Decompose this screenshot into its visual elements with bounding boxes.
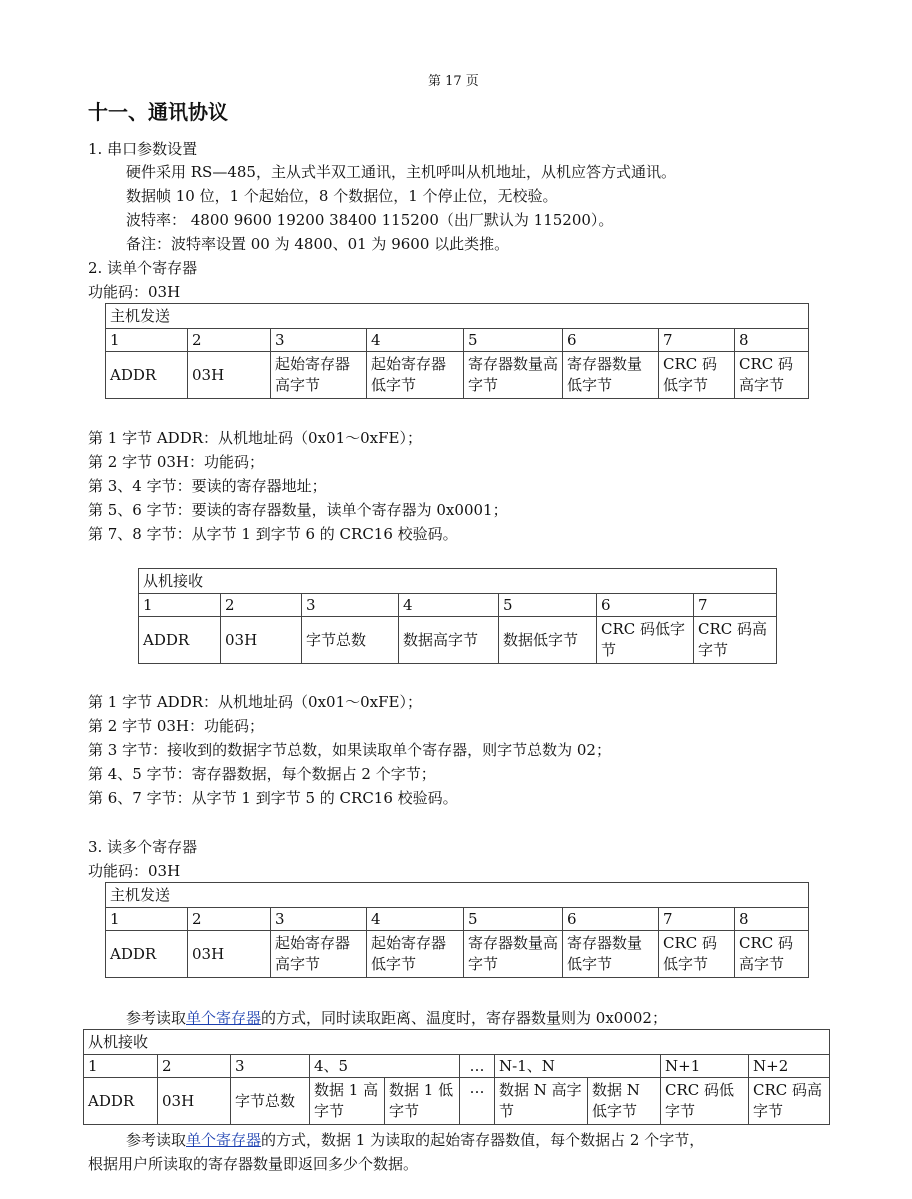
master-note: 第 5、6 字节：要读的寄存器数量，读单个寄存器为 0x0001；	[88, 498, 508, 522]
slave-note: 第 2 字节 03H：功能码；	[88, 714, 264, 738]
section-title: 十一、通讯协议	[88, 96, 228, 125]
byte-number: N-1、N	[495, 1055, 661, 1078]
byte-number: 1	[106, 908, 188, 931]
byte-value: 03H	[158, 1078, 231, 1125]
byte-value: CRC 码低字节	[597, 617, 694, 664]
single-register-link[interactable]: 单个寄存器	[186, 1009, 261, 1027]
byte-value: CRC 码低字节	[661, 1078, 749, 1125]
master-note: 第 1 字节 ADDR：从机地址码（0x01～0xFE）；	[88, 426, 422, 450]
table-caption: 主机发送	[106, 304, 809, 329]
sec3-note1: 参考读取单个寄存器的方式，同时读取距离、温度时，寄存器数量则为 0x0002；	[126, 1006, 667, 1030]
master-note: 第 2 字节 03H：功能码；	[88, 450, 264, 474]
byte-value: 数据 1 低字节	[385, 1078, 460, 1125]
sec3-func-code: 功能码：03H	[88, 859, 180, 883]
byte-number: 6	[597, 594, 694, 617]
byte-number: 7	[659, 329, 735, 352]
byte-number: 6	[563, 329, 659, 352]
byte-value: 字节总数	[302, 617, 399, 664]
table-caption: 主机发送	[106, 883, 809, 908]
byte-number: 5	[464, 329, 563, 352]
byte-value: 数据低字节	[499, 617, 597, 664]
byte-number: 8	[735, 908, 809, 931]
slave-note: 第 3 字节：接收到的数据字节总数，如果读取单个寄存器，则字节总数为 02；	[88, 738, 611, 762]
sec2-func-code: 功能码：03H	[88, 280, 180, 304]
byte-value: 起始寄存器低字节	[367, 931, 464, 978]
byte-value: CRC 码高字节	[749, 1078, 830, 1125]
note-suffix: 的方式，数据 1 为读取的起始寄存器数值，每个数据占 2 个字节，	[261, 1131, 704, 1149]
byte-value: 数据 1 高字节	[310, 1078, 385, 1125]
byte-number: 7	[694, 594, 777, 617]
sec3-note2: 参考读取单个寄存器的方式，数据 1 为读取的起始寄存器数值，每个数据占 2 个字…	[126, 1128, 704, 1152]
single-register-link[interactable]: 单个寄存器	[186, 1131, 261, 1149]
note-prefix: 参考读取	[126, 1131, 186, 1149]
byte-value: ADDR	[84, 1078, 158, 1125]
byte-number: 8	[735, 329, 809, 352]
byte-value: CRC 码低字节	[659, 931, 735, 978]
master-note: 第 3、4 字节：要读的寄存器地址；	[88, 474, 327, 498]
sec1-line: 波特率： 4800 9600 19200 38400 115200（出厂默认为 …	[126, 208, 613, 232]
byte-number: 1	[106, 329, 188, 352]
byte-value: CRC 码低字节	[659, 352, 735, 399]
master-note: 第 7、8 字节：从字节 1 到字节 6 的 CRC16 校验码。	[88, 522, 458, 546]
byte-number: 2	[188, 908, 271, 931]
byte-value: 寄存器数量低字节	[563, 352, 659, 399]
byte-value: 寄存器数量高字节	[464, 352, 563, 399]
byte-value: 字节总数	[231, 1078, 310, 1125]
byte-value: 数据高字节	[399, 617, 499, 664]
slave-note: 第 4、5 字节：寄存器数据，每个数据占 2 个字节；	[88, 762, 436, 786]
byte-value: 03H	[188, 931, 271, 978]
page-number: 第 17 页	[428, 70, 479, 89]
byte-value: 起始寄存器低字节	[367, 352, 464, 399]
byte-number: 2	[221, 594, 302, 617]
byte-number: 3	[271, 329, 367, 352]
table-caption: 从机接收	[84, 1030, 830, 1055]
table-caption: 从机接收	[139, 569, 777, 594]
sec1-line: 数据帧 10 位，1 个起始位，8 个数据位，1 个停止位，无校验。	[126, 184, 558, 208]
byte-number: 3	[271, 908, 367, 931]
byte-number: N+2	[749, 1055, 830, 1078]
byte-number: 5	[499, 594, 597, 617]
note-suffix: 的方式，同时读取距离、温度时，寄存器数量则为 0x0002；	[261, 1009, 667, 1027]
sec2-title: 2. 读单个寄存器	[88, 256, 197, 280]
byte-value: CRC 码高字节	[694, 617, 777, 664]
byte-value: ADDR	[139, 617, 221, 664]
sec3-slave-table: 从机接收 1 2 3 4、5 … N-1、N N+1 N+2 ADDR 03H …	[83, 1029, 830, 1125]
byte-value: CRC 码高字节	[735, 352, 809, 399]
byte-number: 4、5	[310, 1055, 460, 1078]
byte-value: CRC 码高字节	[735, 931, 809, 978]
sec2-slave-table: 从机接收 1 2 3 4 5 6 7 ADDR 03H 字节总数 数据高字节 数…	[138, 568, 777, 664]
byte-number: 2	[158, 1055, 231, 1078]
slave-note: 第 1 字节 ADDR：从机地址码（0x01～0xFE）；	[88, 690, 422, 714]
sec3-master-table: 主机发送 1 2 3 4 5 6 7 8 ADDR 03H 起始寄存器高字节 起…	[105, 882, 809, 978]
byte-value: 起始寄存器高字节	[271, 352, 367, 399]
sec3-title: 3. 读多个寄存器	[88, 835, 197, 859]
byte-number: 3	[231, 1055, 310, 1078]
note-prefix: 参考读取	[126, 1009, 186, 1027]
byte-number: 4	[367, 908, 464, 931]
byte-value: 03H	[188, 352, 271, 399]
byte-number: 3	[302, 594, 399, 617]
byte-number: 4	[367, 329, 464, 352]
byte-value: 寄存器数量高字节	[464, 931, 563, 978]
byte-value: 03H	[221, 617, 302, 664]
byte-number: 1	[139, 594, 221, 617]
slave-note: 第 6、7 字节：从字节 1 到字节 5 的 CRC16 校验码。	[88, 786, 458, 810]
byte-value: 寄存器数量低字节	[563, 931, 659, 978]
byte-number: 5	[464, 908, 563, 931]
byte-number: 1	[84, 1055, 158, 1078]
byte-number: 6	[563, 908, 659, 931]
byte-number: 4	[399, 594, 499, 617]
byte-value: 数据 N 低字节	[588, 1078, 661, 1125]
byte-number: …	[460, 1055, 495, 1078]
byte-value: ADDR	[106, 352, 188, 399]
sec3-note2-line2: 根据用户所读取的寄存器数量即返回多少个数据。	[88, 1152, 418, 1176]
sec2-master-table: 主机发送 1 2 3 4 5 6 7 8 ADDR 03H 起始寄存器高字节 起…	[105, 303, 809, 399]
byte-value: ADDR	[106, 931, 188, 978]
byte-value: 起始寄存器高字节	[271, 931, 367, 978]
byte-number: 2	[188, 329, 271, 352]
byte-number: N+1	[661, 1055, 749, 1078]
byte-value: 数据 N 高字节	[495, 1078, 588, 1125]
sec1-line: 备注：波特率设置 00 为 4800、01 为 9600 以此类推。	[126, 232, 509, 256]
byte-number: 7	[659, 908, 735, 931]
sec1-title: 1. 串口参数设置	[88, 137, 197, 161]
sec1-line: 硬件采用 RS—485，主从式半双工通讯，主机呼叫从机地址，从机应答方式通讯。	[126, 160, 676, 184]
byte-value: …	[460, 1078, 495, 1125]
